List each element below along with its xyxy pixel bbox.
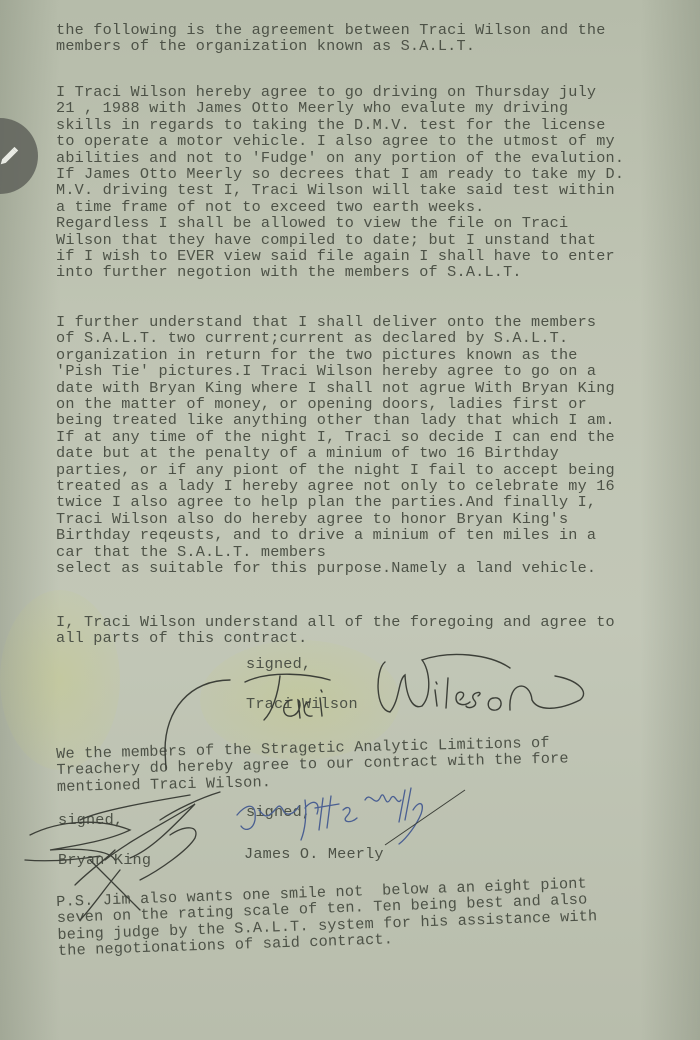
typed-line: Birthday reqeusts, and to drive a minium… [56,527,615,543]
typed-line: Wilson that they have compiled to date; … [56,232,624,248]
typed-line: being treated like anything other than l… [56,412,615,428]
driving-agreement-paragraph: I Traci Wilson hereby agree to go drivin… [56,84,624,281]
typed-line: date but at the penalty of a minium of t… [56,445,615,461]
typed-line: date with Bryan King where I shall not a… [56,380,615,396]
signed-label: signed, [246,656,311,672]
typed-line: a time frame of not to exceed two earth … [56,199,624,215]
typed-line: select as suitable for this purpose.Name… [56,560,615,576]
date-agreement-paragraph: I further understand that I shall delive… [56,314,615,577]
typed-line: on the matter of money, or opening doors… [56,396,615,412]
salt-members-paragraph: We the members of the Stragetic Analytic… [56,734,569,795]
typed-line: into further negotion with the members o… [56,264,624,280]
typed-line: M.V. driving test I, Traci Wilson will t… [56,182,624,198]
typed-line: all parts of this contract. [56,630,615,646]
intro-paragraph: the following is the agreement between T… [56,22,606,55]
typed-line: Traci Wilson also do hereby agree to hon… [56,511,615,527]
typed-line: treated as a lady I hereby agree not onl… [56,478,615,494]
signed-label-right: signed, [246,804,311,820]
printed-name-bryan: Bryan King [58,852,151,868]
postscript-paragraph: P.S. Jim also wants one smile not below … [56,875,598,959]
typed-line: abilities and not to 'Fudge' on any port… [56,150,624,166]
typed-line: I, Traci Wilson understand all of the fo… [56,614,615,630]
typed-line: if I wish to EVER view said file again I… [56,248,624,264]
typed-line: I further understand that I shall delive… [56,314,615,330]
typed-line: parties, or if any piont of the night I … [56,462,615,478]
acceptance-paragraph: I, Traci Wilson understand all of the fo… [56,614,615,647]
typed-line: If James Otto Meerly so decrees that I a… [56,166,624,182]
typed-line: Regardless I shall be allowed to view th… [56,215,624,231]
pencil-icon [0,145,20,167]
typed-line: car that the S.A.L.T. members [56,544,615,560]
typed-line: members of the organization known as S.A… [56,38,606,54]
typed-line: If at any time of the night I, Traci so … [56,429,615,445]
edit-button[interactable] [0,118,38,194]
typed-line: organization in return for the two pictu… [56,347,615,363]
typed-line: 21 , 1988 with James Otto Meerly who eva… [56,100,624,116]
typed-line: to operate a motor vehicle. I also agree… [56,133,624,149]
typed-line: 'Pish Tie' pictures.I Traci Wilson hereb… [56,363,615,379]
typed-line: I Traci Wilson hereby agree to go drivin… [56,84,624,100]
typed-line: twice I also agree to help plan the part… [56,494,615,510]
typed-line: of S.A.L.T. two current;current as decla… [56,330,615,346]
typed-line: the following is the agreement between T… [56,22,606,38]
printed-name-traci: Traci Wilson [246,696,358,712]
printed-name-james: James O. Meerly [244,846,384,862]
signed-label-left: signed, [58,812,123,828]
typed-line: skills in regards to taking the D.M.V. t… [56,117,624,133]
